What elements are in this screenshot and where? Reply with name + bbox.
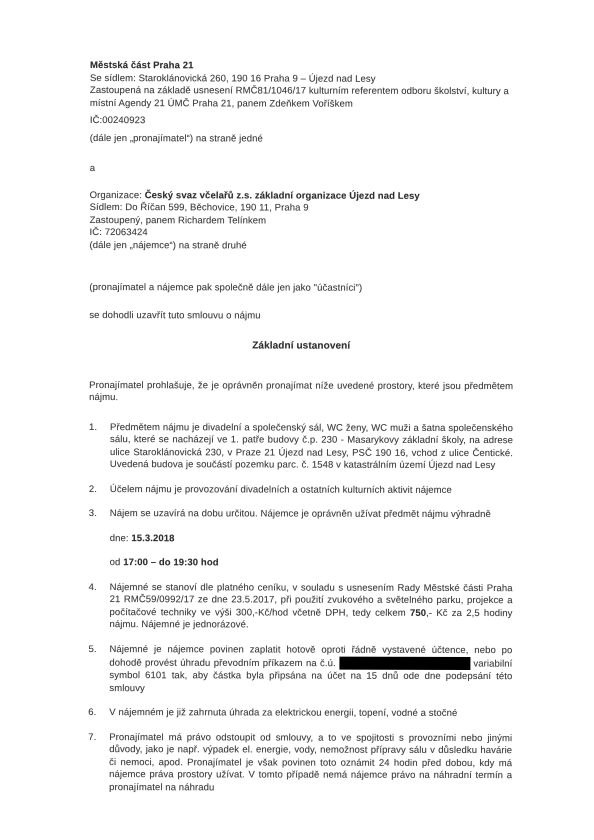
clause-4: 4. Nájemné se stanoví dle platného ceník…	[89, 581, 513, 632]
clause-5-body: Nájemné je nájemce povinen zaplatit hoto…	[109, 644, 512, 697]
clause-7-text: Pronajímatel má právo odstoupit od smlou…	[109, 732, 512, 796]
clause-3: 3. Nájem se uzavírá na dobu určitou. Náj…	[89, 508, 513, 571]
landlord-block: Městská část Praha 21 Se sídlem: Starokl…	[90, 60, 514, 146]
clause-2-text: Účelem nájmu je provozování divadelních …	[110, 484, 513, 498]
contract-body: Městská část Praha 21 Se sídlem: Starokl…	[88, 60, 514, 807]
clause-3-time-line: od 17:00 – do 19:30 hod	[110, 557, 513, 571]
tenant-label: Organizace:	[90, 189, 145, 200]
tenant-address: Sídlem: Do Říčan 599, Běchovice, 190 11,…	[90, 202, 514, 216]
clause-3-text: Nájem se uzavírá na dobu určitou. Nájemc…	[110, 508, 491, 520]
landlord-alias: (dále jen „pronajímatel“) na straně jedn…	[90, 132, 514, 146]
clause-3-body: Nájem se uzavírá na dobu určitou. Nájemc…	[110, 508, 513, 571]
conjunction-a: a	[90, 163, 514, 177]
clauses-list: 1. Předmětem nájmu je divadelní a společ…	[88, 421, 513, 795]
clause-6-text: V nájemném je již zahrnuta úhrada za ele…	[109, 707, 512, 721]
scanned-contract-page: Městská část Praha 21 Se sídlem: Starokl…	[0, 0, 594, 840]
landlord-mandate: Zastoupená na základě usnesení RMČ81/104…	[90, 85, 514, 111]
rent-amount: 750	[410, 607, 426, 618]
clause-3-number: 3.	[89, 508, 110, 570]
landlord-name: Městská část Praha 21	[90, 60, 514, 74]
landlord-ic: IČ:00240923	[90, 115, 514, 129]
time-label: od	[110, 557, 124, 568]
clause-6: 6. V nájemném je již zahrnuta úhrada za …	[88, 707, 512, 721]
clause-7: 7. Pronajímatel má právo odstoupit od sm…	[88, 732, 512, 796]
tenant-ic: IČ: 72063424	[90, 227, 514, 241]
tenant-name-line: Organizace: Český svaz včelařů z.s. zákl…	[90, 189, 514, 203]
clause-5: 5. Nájemné je nájemce povinen zaplatit h…	[88, 643, 512, 696]
intro-paragraph: Pronajímatel prohlašuje, že je oprávněn …	[89, 379, 513, 405]
parties-note: (pronajímatel a nájemce pak společně dál…	[89, 282, 513, 296]
rental-time: 17:00 – do 19:30 hod	[123, 557, 218, 568]
clause-4-number: 4.	[89, 581, 110, 631]
tenant-block: Organizace: Český svaz včelařů z.s. zákl…	[89, 189, 513, 253]
clause-1: 1. Předmětem nájmu je divadelní a společ…	[89, 421, 513, 472]
clause-2-number: 2.	[89, 483, 110, 496]
redacted-account-number-bar	[339, 657, 470, 670]
tenant-alias: (dále jen „nájemce“) na straně druhé	[89, 239, 513, 253]
clause-3-date-line: dne: 15.3.2018	[110, 533, 513, 547]
clause-1-number: 1.	[89, 421, 110, 471]
tenant-name: Český svaz včelařů z.s. základní organiz…	[145, 190, 420, 202]
landlord-address: Se sídlem: Staroklánovická 260, 190 16 P…	[90, 72, 514, 86]
clause-6-number: 6.	[88, 707, 109, 720]
tenant-represented: Zastoupený, panem Richardem Telínkem	[90, 214, 514, 228]
clause-5-number: 5.	[88, 643, 109, 695]
agreement-line: se dohodli uzavřít tuto smlouvu o nájmu	[89, 309, 513, 323]
clause-7-number: 7.	[88, 732, 109, 795]
date-label: dne:	[110, 533, 132, 544]
clause-1-text: Předmětem nájmu je divadelní a společens…	[110, 422, 513, 473]
rental-date: 15.3.2018	[131, 533, 174, 544]
clause-4-body: Nájemné se stanoví dle platného ceníku, …	[110, 582, 513, 633]
section-title: Základní ustanovení	[89, 340, 513, 354]
clause-2: 2. Účelem nájmu je provozování divadelní…	[89, 483, 513, 497]
